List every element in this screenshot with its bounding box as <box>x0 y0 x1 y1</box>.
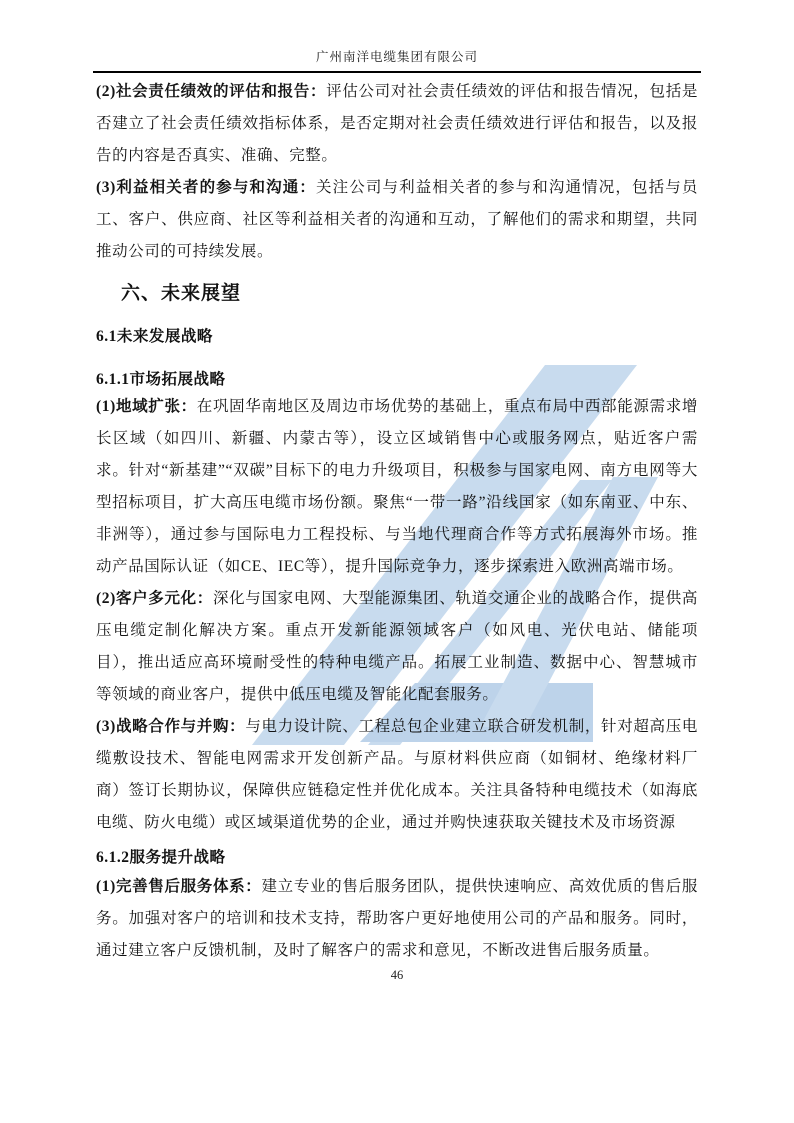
subsection-heading-6-1-1: 6.1.1市场拓展战略 <box>96 369 698 391</box>
paragraph-after-sales-service: (1)完善售后服务体系：建立专业的售后服务团队，提供快速响应、高效优质的售后服务… <box>96 871 698 967</box>
header-divider-line <box>93 71 701 73</box>
paragraph-label: (2)客户多元化： <box>96 590 213 607</box>
subsection-heading-6-1: 6.1未来发展战略 <box>96 326 698 348</box>
document-header-company: 广州南洋电缆集团有限公司 <box>96 48 698 66</box>
paragraph-strategic-cooperation-ma: (3)战略合作与并购：与电力设计院、工程总包企业建立联合研发机制，针对超高压电缆… <box>96 711 698 839</box>
paragraph-label: (2)社会责任绩效的评估和报告： <box>96 83 326 100</box>
paragraph-label: (3)战略合作与并购： <box>96 718 245 735</box>
page-number: 46 <box>96 967 698 983</box>
document-page: 广州南洋电缆集团有限公司 (2)社会责任绩效的评估和报告：评估公司对社会责任绩效… <box>0 0 794 1123</box>
page-content: 广州南洋电缆集团有限公司 (2)社会责任绩效的评估和报告：评估公司对社会责任绩效… <box>0 0 794 983</box>
paragraph-customer-diversification: (2)客户多元化：深化与国家电网、大型能源集团、轨道交通企业的战略合作，提供高压… <box>96 583 698 711</box>
paragraph-label: (1)完善售后服务体系： <box>96 878 261 895</box>
paragraph-label: (3)利益相关者的参与和沟通： <box>96 179 316 196</box>
subsection-heading-6-1-2: 6.1.2服务提升战略 <box>96 845 698 871</box>
paragraph-text: 在巩固华南地区及周边市场优势的基础上，重点布局中西部能源需求增长区域（如四川、新… <box>96 398 698 575</box>
paragraph-social-responsibility-evaluation: (2)社会责任绩效的评估和报告：评估公司对社会责任绩效的评估和报告情况，包括是否… <box>96 76 698 172</box>
paragraph-regional-expansion: (1)地域扩张：在巩固华南地区及周边市场优势的基础上，重点布局中西部能源需求增长… <box>96 391 698 583</box>
paragraph-stakeholder-communication: (3)利益相关者的参与和沟通：关注公司与利益相关者的参与和沟通情况，包括与员工、… <box>96 172 698 268</box>
paragraph-label: (1)地域扩张： <box>96 398 197 415</box>
section-heading-future-outlook: 六、未来展望 <box>121 282 698 306</box>
